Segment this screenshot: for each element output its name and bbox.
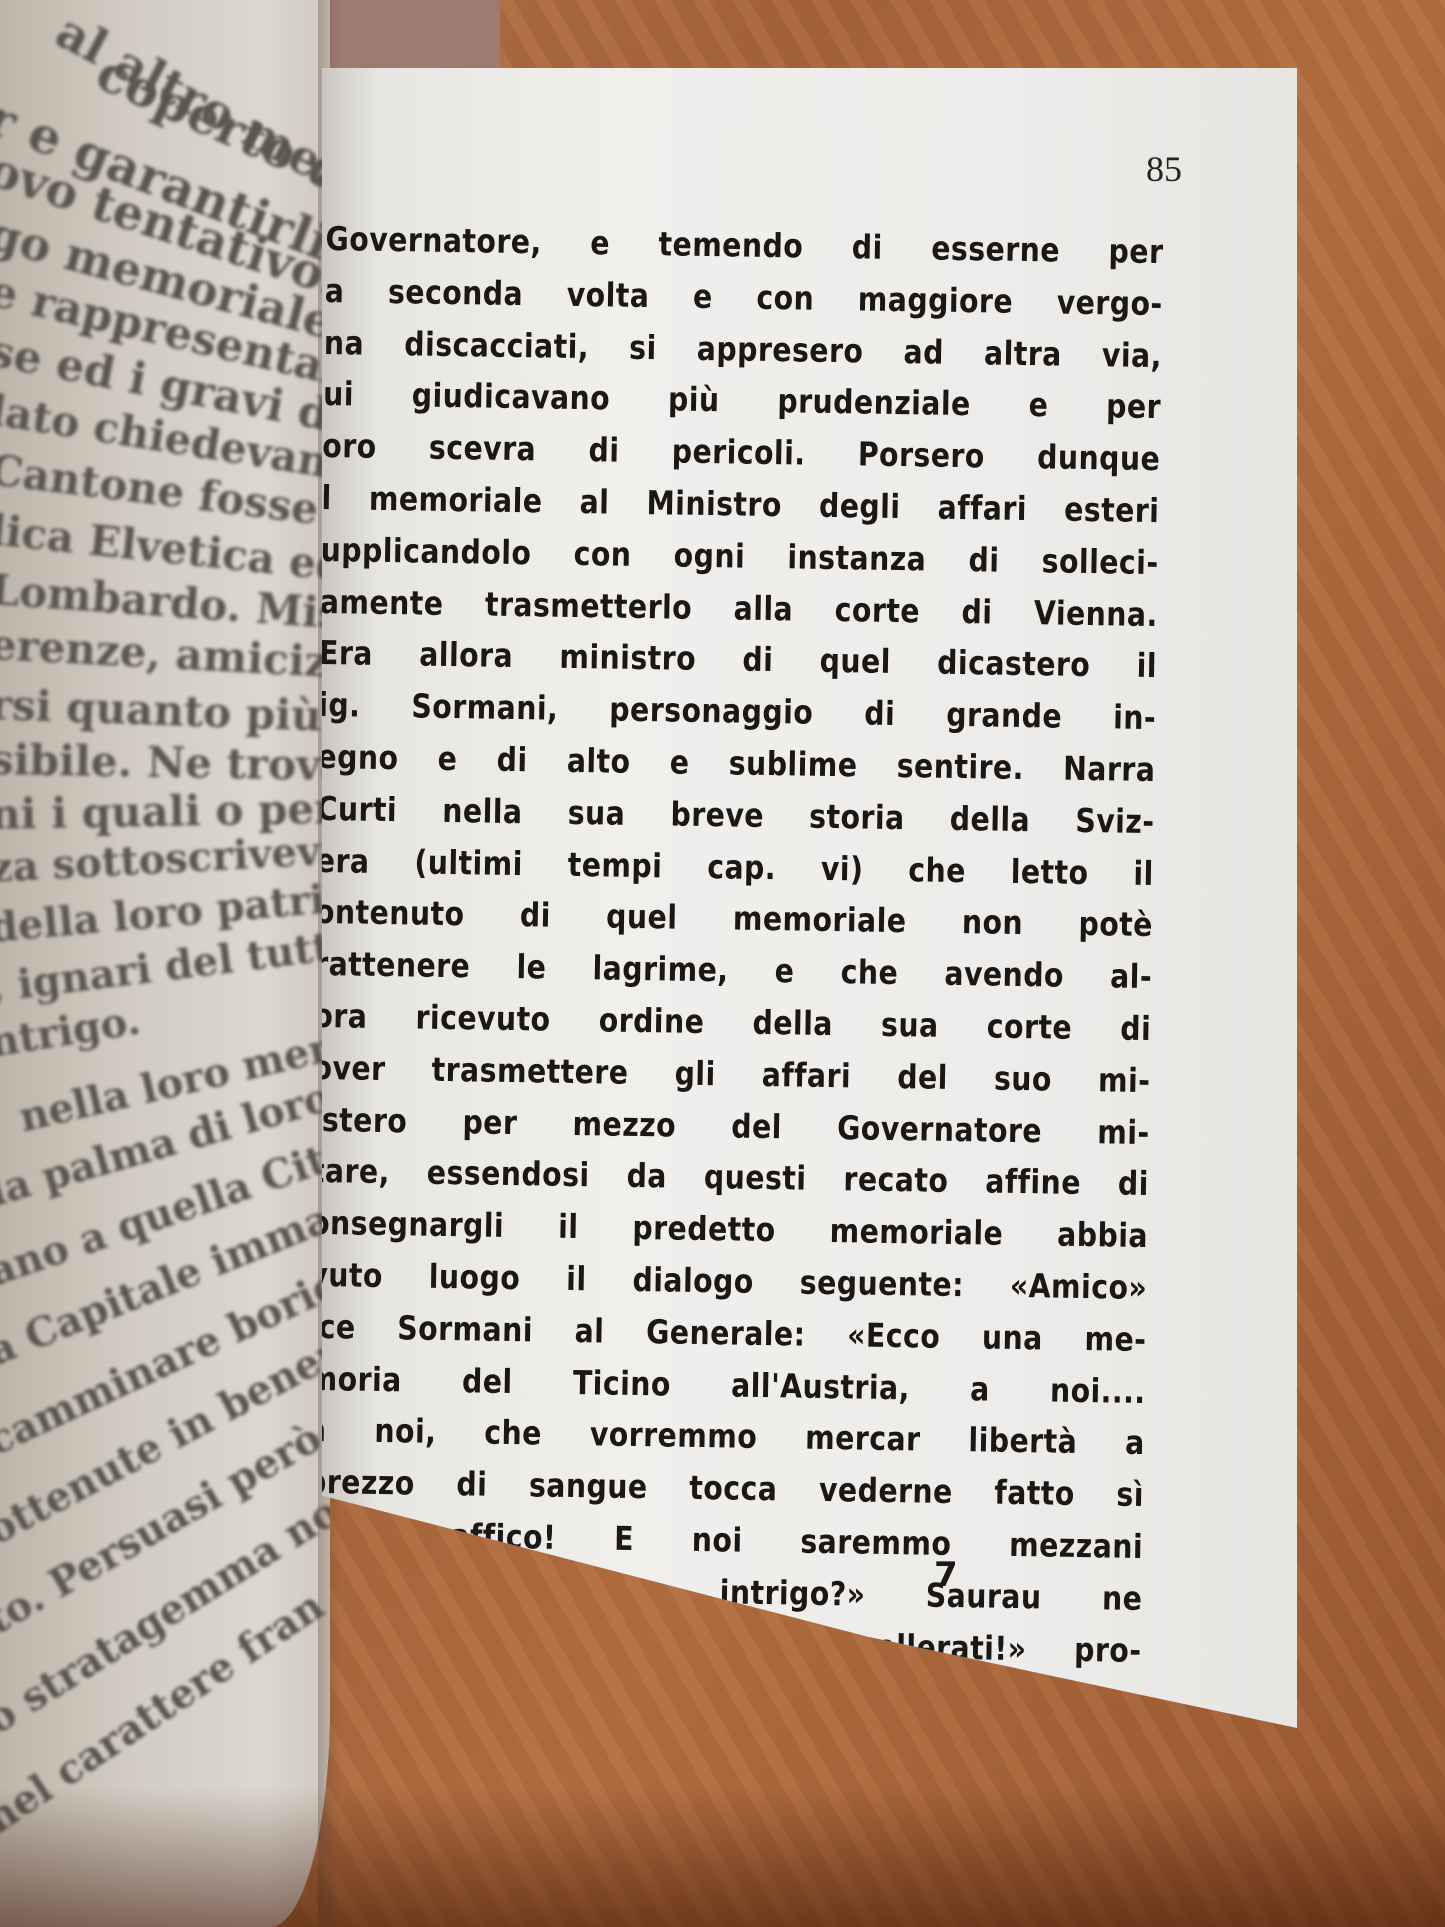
right-book-page: 85 Governatore, e temendo di esserne per… (322, 68, 1297, 1728)
page-number: 85 (1146, 148, 1182, 190)
left-page-line: sibile. Ne trovarono (0, 735, 330, 792)
page-body-text: Governatore, e temendo di esserne per a … (303, 213, 1166, 1676)
table-shadow (0, 1787, 1445, 1927)
signature-mark: 7 (934, 1555, 958, 1595)
left-book-page: al altro mezzo coperto di nu r e garanti… (0, 0, 330, 1927)
